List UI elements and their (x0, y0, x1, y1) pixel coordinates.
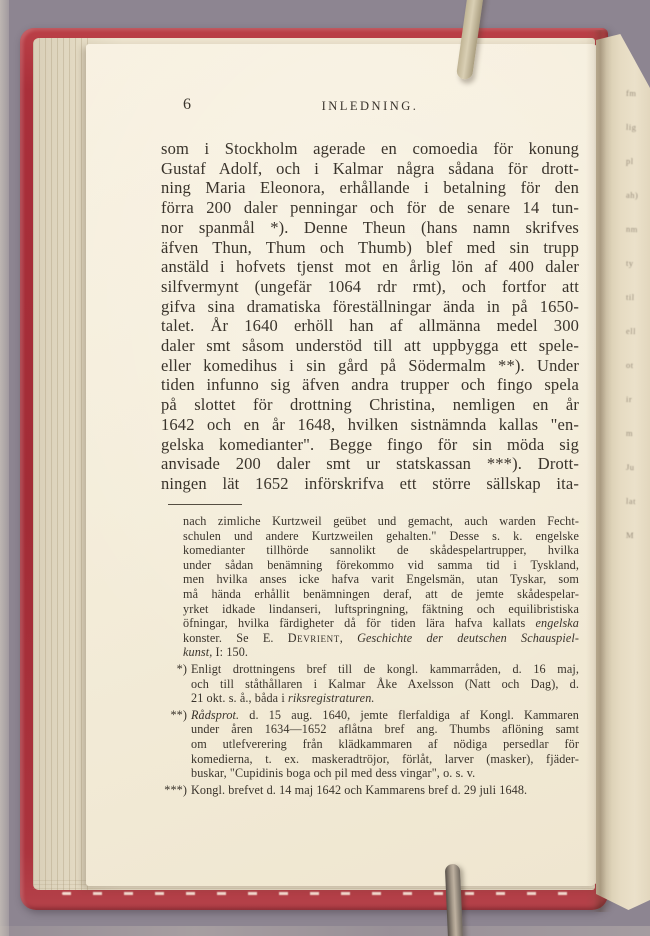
body-text: som i Stockholm agerade en comoedia för … (161, 139, 579, 494)
body-line: äfven Thun, Thum och Thumb) blef med sin… (161, 238, 579, 258)
book-scan-scene: 6 INLEDNING. som i Stockholm agerade en … (0, 0, 650, 936)
footnote-marker: ***) (164, 783, 187, 798)
scanner-bed-reflection (0, 926, 650, 936)
body-line: Gustaf Adolf, och i Kalmar några sådana … (161, 159, 579, 179)
body-line: eller komedihus i sin gård på Södermalm … (161, 356, 579, 376)
page-edge-text-fragment: ty (626, 258, 634, 268)
body-line: nor spanmål *). Denne Theun (hans namn s… (161, 218, 579, 238)
body-line: som i Stockholm agerade en comoedia för … (161, 139, 579, 159)
page-header: 6 INLEDNING. (161, 96, 579, 116)
page-edge-text-fragment: pl (626, 156, 634, 166)
footnote-line: öfningar, hvilka färdigheter då för tide… (183, 616, 579, 631)
footnote-line: konster. Se E. Devrient, Geschichte der … (183, 631, 579, 646)
footnote-line: komedierna, t. ex. maskeradtröjor, förlå… (191, 752, 579, 767)
footnote-continuation: nach zimliche Kurtzweil geübet und gemac… (183, 514, 579, 660)
footnote-line: om utlefverering från klädkammaren af nö… (191, 737, 579, 752)
footnote-marker: *) (177, 662, 187, 677)
body-line: tiden infunno sig äfven andra trupper oc… (161, 375, 579, 395)
footnote: ***)Kongl. brefvet d. 14 maj 1642 och Ka… (191, 783, 579, 798)
body-line: daler smt såsom understöd till att uppby… (161, 336, 579, 356)
page-edge-text-fragment: ah) (626, 190, 639, 200)
body-line: anstäld i hofvets tjenst mot en årlig lö… (161, 257, 579, 277)
footnote-line: nach zimliche Kurtzweil geübet und gemac… (183, 514, 579, 529)
footnote-line: ***)Kongl. brefvet d. 14 maj 1642 och Ka… (191, 783, 579, 798)
body-line: på slottet för drottning Christina, neml… (161, 395, 579, 415)
page-edge-text-fragment: Ju (626, 462, 635, 472)
page-edge-text-fragment: M (626, 530, 634, 540)
body-line: ningen lät 1652 införskrifva ett större … (161, 474, 579, 494)
footnote-line: **)Rådsprot. d. 15 aug. 1640, jemte fler… (191, 708, 579, 723)
footnote-line: under sådan benämning förekommo vid samm… (183, 558, 579, 573)
running-head: INLEDNING. (161, 99, 579, 114)
page-edge-text-fragment: ell (626, 326, 636, 336)
body-line: ning Maria Eleonora, erhållande i betaln… (161, 178, 579, 198)
page-edge-text-fragment: nm (626, 224, 638, 234)
page-edge-text-fragment: m (626, 428, 633, 438)
footnote-marker: **) (170, 708, 187, 723)
footnote-line: och till ståthållaren i Kalmar Åke Axels… (191, 677, 579, 692)
cover-edge-highlight (62, 892, 572, 895)
footnotes: nach zimliche Kurtzweil geübet und gemac… (183, 512, 579, 797)
scanner-bed-edge (0, 0, 9, 936)
footnote-line: schulen und andere Kurtzweilen gehalten.… (183, 529, 579, 544)
facing-page-edge: fmligplah)nmtytilellotirmJulatM (596, 26, 650, 918)
footnote-line: buskar, "Cupidinis boga och pil med dess… (191, 766, 579, 781)
page-edge-text-fragment: fm (626, 88, 637, 98)
body-line: 1642 och en år 1648, hvilken sistnämnda … (161, 415, 579, 435)
body-line: gifva sina dramatiska föreställningar än… (161, 297, 579, 317)
body-line: talet. År 1640 erhöll han af allmänna me… (161, 316, 579, 336)
footnote-line: må hända erhållit benämningen deraf, att… (183, 587, 579, 602)
footnote-line: men hvilka anses icke hafva varit Engels… (183, 572, 579, 587)
bottom-page-strap (445, 864, 463, 936)
scanned-page: 6 INLEDNING. som i Stockholm agerade en … (86, 44, 598, 886)
footnote-line: komedianter tillhörde sannolikt de skåde… (183, 543, 579, 558)
footnote-line: 21 okt. s. å., båda i riksregistraturen. (191, 691, 579, 706)
body-line: gelska komedianter". Begge fingo för sin… (161, 435, 579, 455)
page-edge-text-fragment: ot (626, 360, 634, 370)
page-edge-text-fragment: ir (626, 394, 633, 404)
page-edge-text-fragment: til (626, 292, 635, 302)
page-edge-text-fragment: lig (626, 122, 637, 132)
footnote-line: *)Enligt drottningens bref till de kongl… (191, 662, 579, 677)
body-line: silfvermynt (ungefär 1064 rdr rmt), och … (161, 277, 579, 297)
body-line: förra 200 daler penningar och för de sen… (161, 198, 579, 218)
footnote-line: under åren 1634—1652 aflåtna bref ang. T… (191, 722, 579, 737)
footnote: **)Rådsprot. d. 15 aug. 1640, jemte fler… (191, 708, 579, 781)
footnote: *)Enligt drottningens bref till de kongl… (191, 662, 579, 706)
body-line: anvisade 200 daler smt ur statskassan **… (161, 454, 579, 474)
page-edge-text-fragment: lat (626, 496, 636, 506)
footnote-rule (168, 504, 242, 505)
footnote-line: yrket idkade lindanseri, luftspringning,… (183, 602, 579, 617)
footnote-line: kunst, I: 150. (183, 645, 579, 660)
